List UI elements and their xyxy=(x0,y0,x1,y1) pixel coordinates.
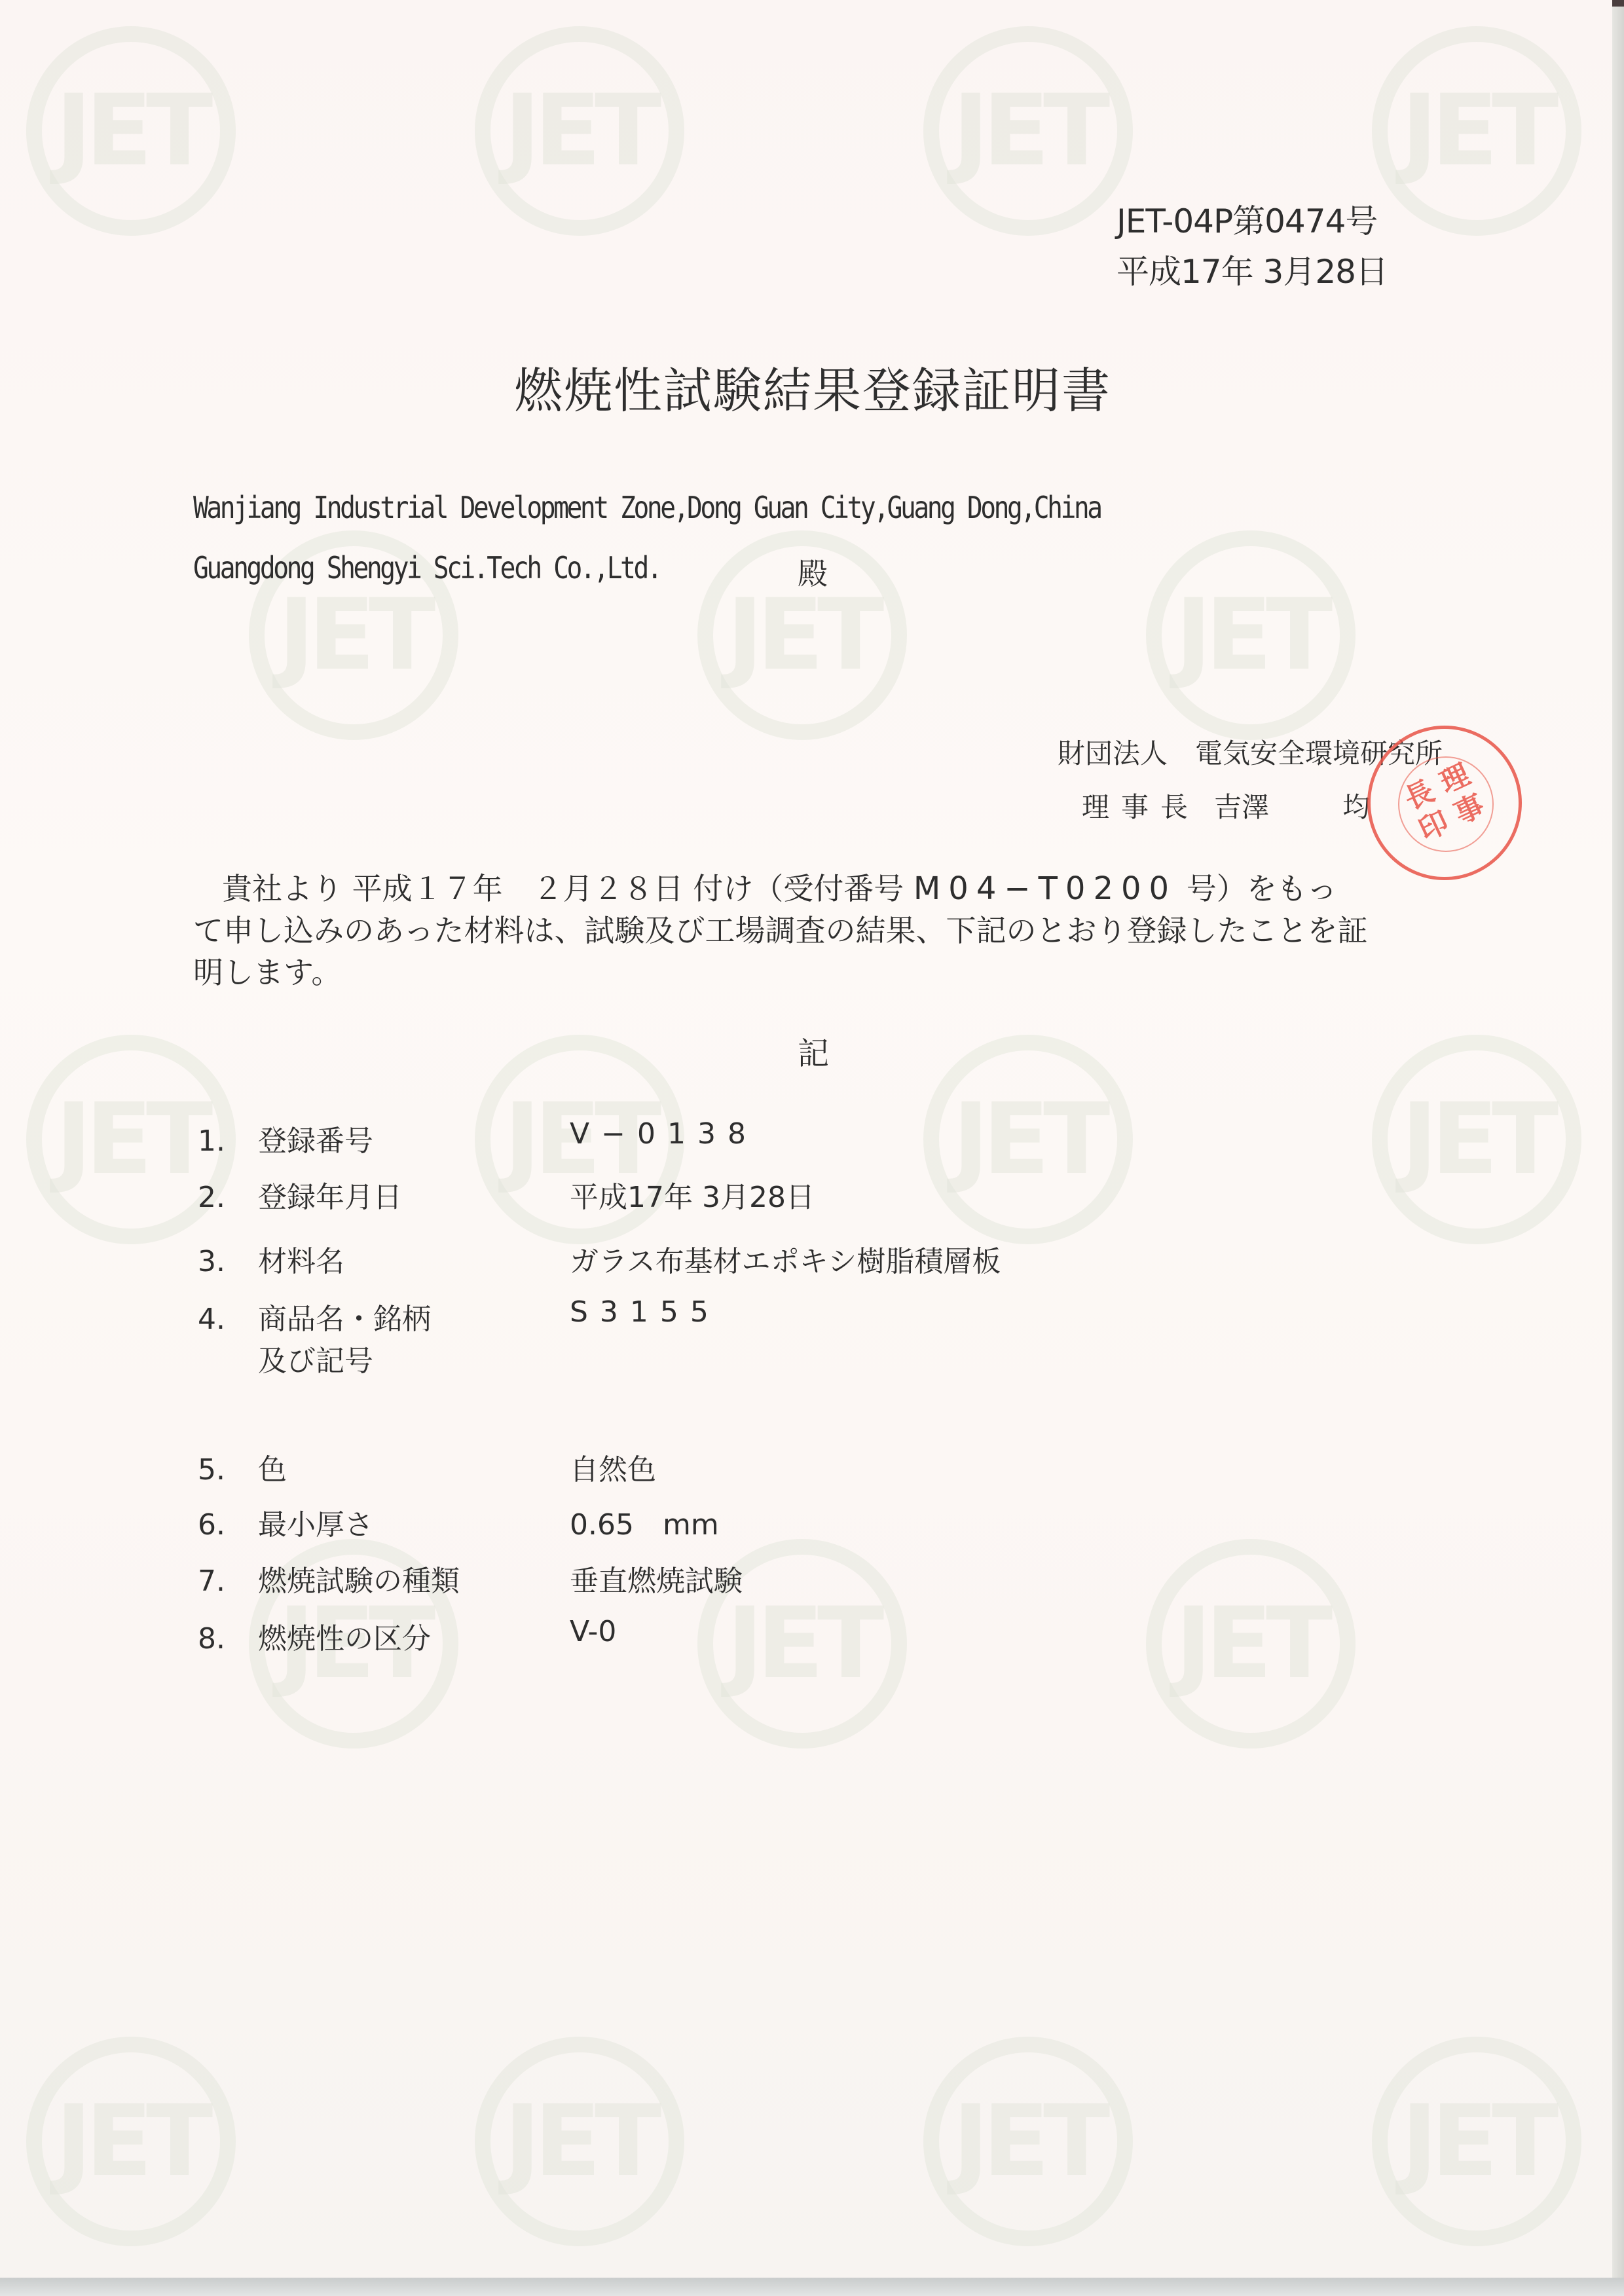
item-number: 6. xyxy=(198,1508,258,1542)
list-item-label: 2.登録年月日 xyxy=(198,1174,402,1215)
official-seal-icon: 長 理 印 事 xyxy=(1367,726,1522,880)
material-name-value: ガラス布基材エポキシ樹脂積層板 xyxy=(570,1238,1001,1280)
document-title: 燃焼性試験結果登録証明書 xyxy=(0,352,1612,422)
scan-edge-corner xyxy=(1612,0,1624,7)
issuer-surname: 吉澤 xyxy=(1214,791,1269,823)
item-label-text: 登録年月日 xyxy=(258,1181,402,1214)
jet-watermark-icon: JET xyxy=(1372,2037,1581,2246)
jet-watermark-icon: JET xyxy=(1372,1035,1581,1244)
jet-watermark-icon: JET xyxy=(923,2037,1133,2246)
statement-line-1: 貴社より 平成１７年 ２月２８日 付け（受付番号 M04−T0200 号）をもっ xyxy=(193,868,1477,910)
registration-date-value: 平成17年 3月28日 xyxy=(570,1174,815,1215)
title-char: 理 xyxy=(1082,791,1109,823)
list-item-label: 5.色 xyxy=(198,1446,287,1488)
flammability-class-value: V-0 xyxy=(570,1615,616,1648)
certification-statement: 貴社より 平成１７年 ２月２８日 付け（受付番号 M04−T0200 号）をもっ… xyxy=(193,868,1477,993)
statement-text: 貴社より 平成１７年 ２月２８日 付け（受付番号 xyxy=(222,871,904,906)
item-label-text: 最小厚さ xyxy=(258,1508,373,1542)
reference-number: JET-04P第0474号 xyxy=(1116,195,1377,242)
item-number: 7. xyxy=(198,1565,258,1598)
list-item-label: 6.最小厚さ xyxy=(198,1501,373,1543)
note-heading: 記 xyxy=(798,1028,829,1073)
jet-watermark-icon: JET xyxy=(26,26,236,236)
item-number: 2. xyxy=(198,1181,258,1214)
item-label-text: 燃焼性の区分 xyxy=(258,1622,431,1656)
registration-number-value: V−0138 xyxy=(570,1117,758,1151)
issuer-signatory: 理事長吉澤均 xyxy=(1082,786,1370,825)
item-label-text: 燃焼試験の種類 xyxy=(258,1565,460,1598)
jet-watermark-icon: JET xyxy=(475,2037,684,2246)
recipient-address: Wanjiang Industrial Development Zone,Don… xyxy=(193,490,1101,525)
item-label-text: 登録番号 xyxy=(258,1124,373,1158)
list-item-label-line2: 及び記号 xyxy=(258,1337,373,1379)
issuer-given-name: 均 xyxy=(1342,791,1370,823)
certificate-page: JET JET JET JET JET JET JET JET JET JET … xyxy=(0,0,1612,2278)
jet-watermark-icon: JET xyxy=(923,26,1133,236)
scan-edge-bottom xyxy=(0,2278,1624,2296)
issue-date: 平成17年 3月28日 xyxy=(1116,246,1388,293)
item-number: 8. xyxy=(198,1622,258,1656)
item-number: 1. xyxy=(198,1124,258,1158)
jet-watermark-icon: JET xyxy=(26,2037,236,2246)
item-number: 4. xyxy=(198,1303,258,1336)
recipient-honorific: 殿 xyxy=(798,550,828,593)
list-item-label: 8.燃焼性の区分 xyxy=(198,1615,431,1657)
statement-text: 号）をもっ xyxy=(1187,871,1337,906)
jet-watermark-icon: JET xyxy=(923,1035,1133,1244)
title-char: 長 xyxy=(1160,791,1188,823)
item-label-text: 商品名・銘柄 xyxy=(258,1303,431,1336)
jet-watermark-icon: JET xyxy=(1146,530,1356,740)
list-item-label: 4.商品名・銘柄 xyxy=(198,1295,431,1337)
list-item-label: 3.材料名 xyxy=(198,1238,344,1280)
list-item-label: 1.登録番号 xyxy=(198,1117,373,1159)
list-item-label: 7.燃焼試験の種類 xyxy=(198,1557,460,1599)
statement-line-2: て申し込みのあった材料は、試験及び工場調査の結果、下記のとおり登録したことを証 xyxy=(193,910,1477,952)
statement-line-3: 明します。 xyxy=(193,952,1477,993)
jet-watermark-icon: JET xyxy=(475,26,684,236)
item-label-text: 材料名 xyxy=(258,1245,344,1278)
receipt-number: M04−T0200 xyxy=(913,870,1177,907)
scan-edge-right xyxy=(1612,0,1624,2296)
item-number: 5. xyxy=(198,1453,258,1487)
jet-watermark-icon: JET xyxy=(1372,26,1581,236)
title-char: 事 xyxy=(1121,791,1149,823)
item-label-text: 色 xyxy=(258,1453,287,1487)
recipient-company: Guangdong Shengyi Sci.Tech Co.,Ltd. xyxy=(193,550,660,585)
color-value: 自然色 xyxy=(570,1446,656,1488)
test-type-value: 垂直燃焼試験 xyxy=(570,1557,743,1599)
min-thickness-value: 0.65 mm xyxy=(570,1501,719,1543)
jet-watermark-icon: JET xyxy=(1146,1539,1356,1749)
item-number: 3. xyxy=(198,1245,258,1278)
product-name-value: S3155 xyxy=(570,1295,720,1329)
